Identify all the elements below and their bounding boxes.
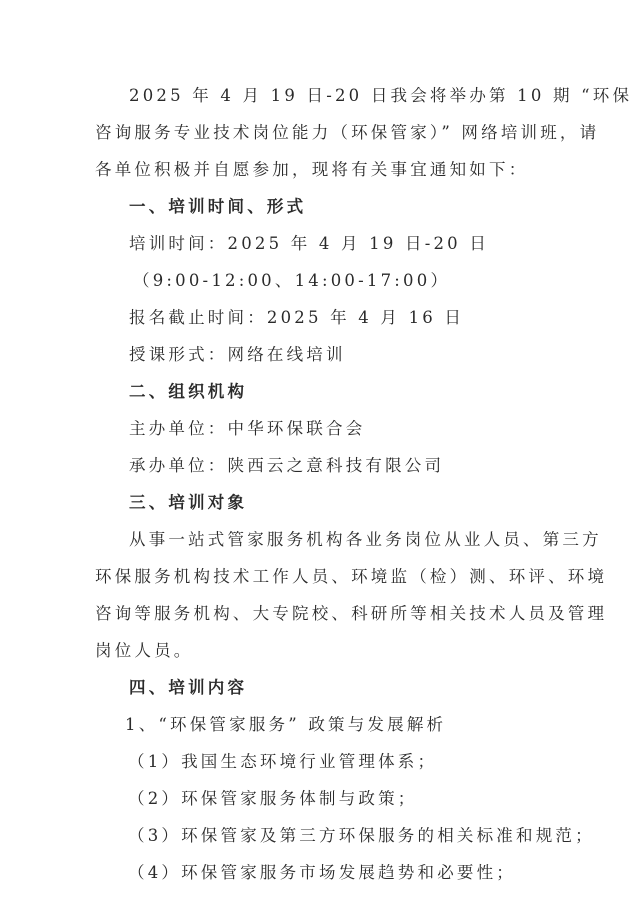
training-time: 培训时间：2025 年 4 月 19 日-20 日 <box>129 234 489 254</box>
section-heading-2: 二、组织机构 <box>129 382 247 402</box>
target-paragraph-line-3: 咨询等服务机构、大专院校、科研所等相关技术人员及管理 <box>95 604 607 624</box>
content-subitem-2: （2）环保管家服务体制与政策； <box>128 789 418 809</box>
section-heading-4: 四、培训内容 <box>129 678 247 698</box>
content-subitem-1: （1）我国生态环境行业管理体系； <box>128 752 437 772</box>
content-subitem-4: （4）环保管家服务市场发展趋势和必要性； <box>128 863 516 883</box>
intro-paragraph-line-3: 各单位积极并自愿参加，现将有关事宜通知如下： <box>95 160 528 180</box>
document-page: 2025 年 4 月 19 日-20 日我会将举办第 10 期 “环保技术 咨询… <box>0 0 631 897</box>
target-paragraph-line-4: 岗位人员。 <box>95 641 194 661</box>
section-heading-3: 三、培训对象 <box>129 493 247 513</box>
intro-paragraph-line-1: 2025 年 4 月 19 日-20 日我会将举办第 10 期 “环保技术 <box>129 86 631 106</box>
registration-deadline: 报名截止时间：2025 年 4 月 16 日 <box>129 308 464 328</box>
organizer: 承办单位：陕西云之意科技有限公司 <box>129 456 444 476</box>
host-organization: 主办单位：中华环保联合会 <box>129 419 365 439</box>
section-heading-1: 一、培训时间、形式 <box>129 197 306 217</box>
target-paragraph-line-2: 环保服务机构技术工作人员、环境监（检）测、环评、环境 <box>95 567 607 587</box>
content-subitem-3: （3）环保管家及第三方环保服务的相关标准和规范； <box>128 826 595 846</box>
training-hours: （9:00-12:00、14:00-17:00） <box>133 271 450 291</box>
intro-paragraph-line-2: 咨询服务专业技术岗位能力（环保管家）” 网络培训班，请 <box>95 123 599 143</box>
target-paragraph-line-1: 从事一站式管家服务机构各业务岗位从业人员、第三方 <box>129 530 602 550</box>
content-item-1: 1、“环保管家服务” 政策与发展解析 <box>125 715 446 735</box>
teaching-format: 授课形式：网络在线培训 <box>129 345 346 365</box>
